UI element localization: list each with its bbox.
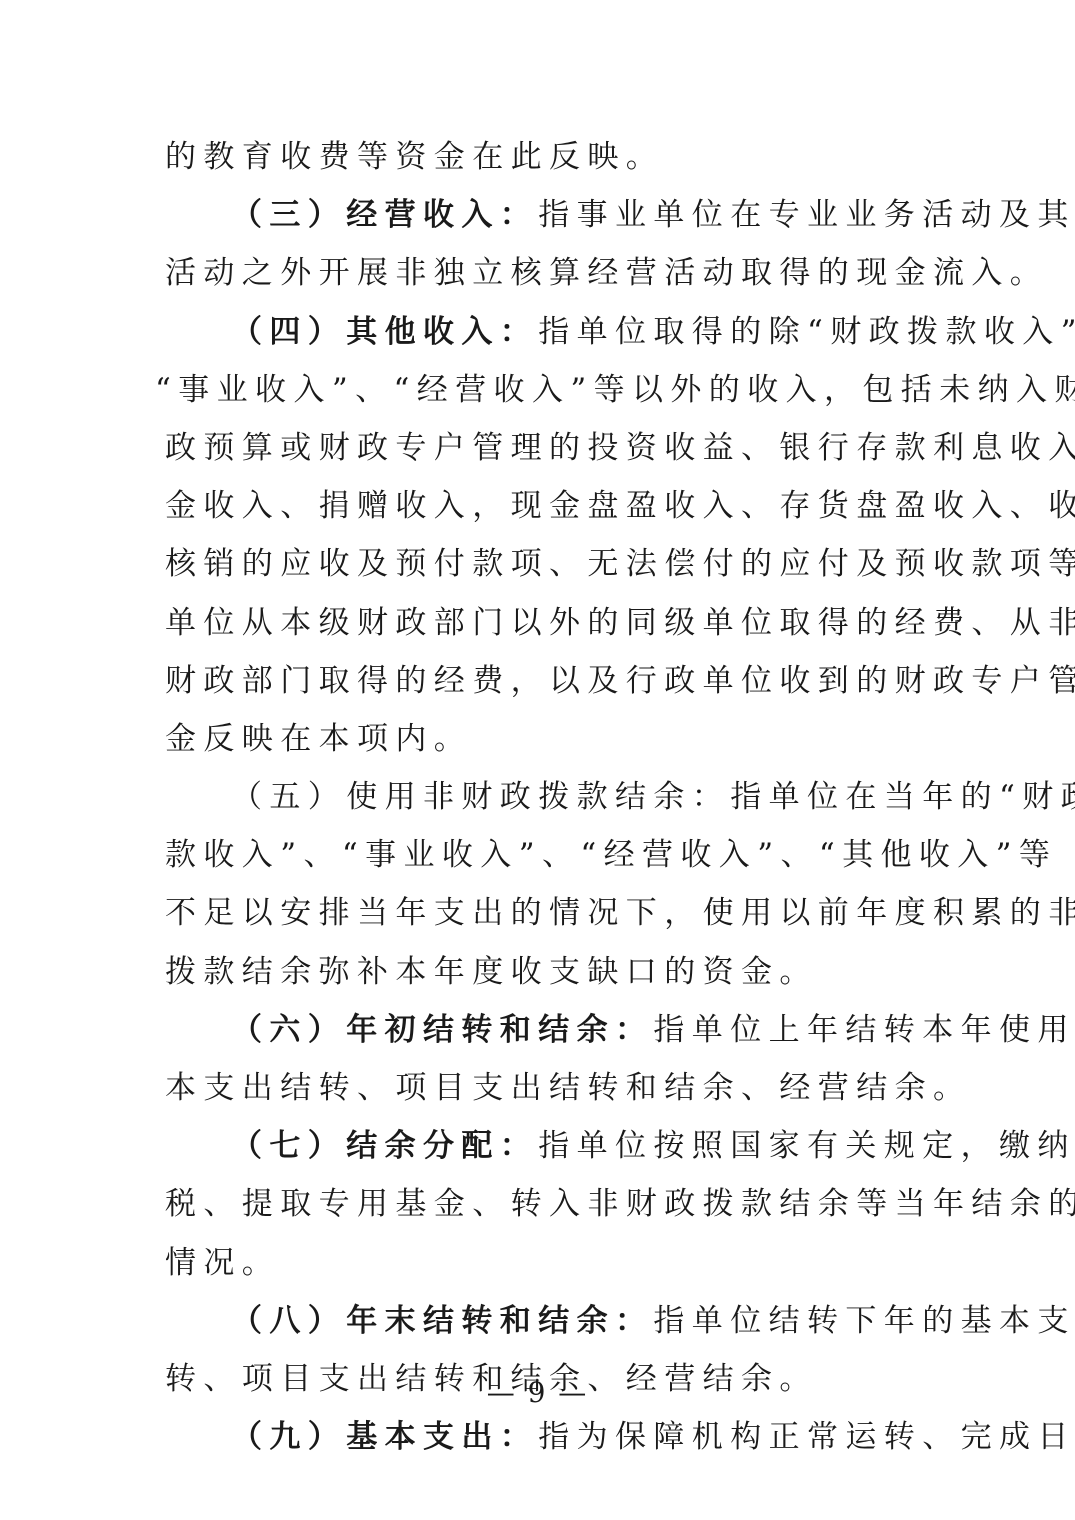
body-text-line: 情况。: [165, 1234, 925, 1292]
body-text: 本支出结转、项目支出结转和结余、经营结余。: [165, 1070, 971, 1106]
body-text-line: 拨款结余弥补本年度收支缺口的资金。: [165, 943, 925, 1001]
section-heading-line-business-income: （三）经营收入：指事业单位在专业业务活动及其辅助: [165, 186, 925, 244]
body-text: 指为保障机构正常运转、完成日常工: [538, 1419, 1075, 1455]
body-text: 指单位结转下年的基本支出结: [653, 1303, 1075, 1339]
body-text: 情况。: [165, 1245, 280, 1281]
section-heading: （七）结余分配：: [231, 1128, 538, 1164]
body-text-line: 金反映在本项内。: [165, 710, 925, 768]
body-text: 指事业单位在专业业务活动及其辅助: [538, 197, 1075, 233]
section-heading-line-other-income: （四）其他收入：指单位取得的除“财政拨款收入”、: [165, 303, 925, 361]
body-text-line: 单位从本级财政部门以外的同级单位取得的经费、从非本级: [165, 594, 925, 652]
section-heading-line-opening-carryover: （六）年初结转和结余：指单位上年结转本年使用的基: [165, 1001, 925, 1059]
body-text: 金收入、捐赠收入，现金盘盈收入、存货盘盈收入、收回已: [165, 488, 1075, 524]
body-text: 政预算或财政专户管理的投资收益、银行存款利息收入、租: [165, 430, 1075, 466]
section-heading-line-non-fiscal-balance: （五）使用非财政拨款结余：指单位在当年的“财政拨: [165, 768, 925, 826]
body-text: 指单位取得的除“财政拨款收入”、: [538, 314, 1075, 350]
body-text-line: “事业收入”、“经营收入”等以外的收入，包括未纳入财: [165, 361, 925, 419]
body-text-line: 的教育收费等资金在此反映。: [165, 128, 925, 186]
body-text-line: 金收入、捐赠收入，现金盘盈收入、存货盘盈收入、收回已: [165, 477, 925, 535]
body-text: 拨款结余弥补本年度收支缺口的资金。: [165, 954, 818, 990]
body-text: 核销的应收及预付款项、无法偿付的应付及预收款项等。各: [165, 546, 1075, 582]
section-heading: （四）其他收入：: [231, 314, 538, 350]
body-text-line: 不足以安排当年支出的情况下，使用以前年度积累的非财政: [165, 884, 925, 942]
body-text: 款收入”、“事业收入”、“经营收入”、“其他收入”等: [165, 837, 1057, 873]
body-text: 单位从本级财政部门以外的同级单位取得的经费、从非本级: [165, 605, 1075, 641]
document-page: 的教育收费等资金在此反映。 （三）经营收入：指事业单位在专业业务活动及其辅助 活…: [165, 128, 925, 1466]
section-heading: （五）使用非财政拨款结余：: [231, 779, 730, 815]
section-heading-line-basic-expenditure: （九）基本支出：指为保障机构正常运转、完成日常工: [165, 1408, 925, 1466]
section-heading: （八）年末结转和结余：: [231, 1303, 653, 1339]
body-text: 指单位按照国家有关规定，缴纳所得: [538, 1128, 1075, 1164]
body-text: 活动之外开展非独立核算经营活动取得的现金流入。: [165, 255, 1048, 291]
body-text-line: 款收入”、“事业收入”、“经营收入”、“其他收入”等: [165, 826, 925, 884]
body-text: 金反映在本项内。: [165, 721, 472, 757]
body-text-line: 财政部门取得的经费，以及行政单位收到的财政专户管理资: [165, 652, 925, 710]
body-text: 的教育收费等资金在此反映。: [165, 139, 664, 175]
section-heading: （九）基本支出：: [231, 1419, 538, 1455]
body-text: 指单位在当年的“财政拨: [730, 779, 1075, 815]
body-text-line: 本支出结转、项目支出结转和结余、经营结余。: [165, 1059, 925, 1117]
body-text: 税、提取专用基金、转入非财政拨款结余等当年结余的分配: [165, 1186, 1075, 1222]
body-text-line: 活动之外开展非独立核算经营活动取得的现金流入。: [165, 244, 925, 302]
body-text: 不足以安排当年支出的情况下，使用以前年度积累的非财政: [165, 895, 1075, 931]
body-text: “事业收入”、“经营收入”等以外的收入，包括未纳入财: [155, 361, 1075, 419]
section-heading: （三）经营收入：: [231, 197, 538, 233]
page-number: — 9 —: [0, 1376, 1075, 1409]
section-heading: （六）年初结转和结余：: [231, 1012, 653, 1048]
body-text-line: 核销的应收及预付款项、无法偿付的应付及预收款项等。各: [165, 535, 925, 593]
body-text: 指单位上年结转本年使用的基: [653, 1012, 1075, 1048]
body-text-line: 政预算或财政专户管理的投资收益、银行存款利息收入、租: [165, 419, 925, 477]
section-heading-line-balance-distribution: （七）结余分配：指单位按照国家有关规定，缴纳所得: [165, 1117, 925, 1175]
body-text: 财政部门取得的经费，以及行政单位收到的财政专户管理资: [165, 663, 1075, 699]
section-heading-line-closing-carryover: （八）年末结转和结余：指单位结转下年的基本支出结: [165, 1292, 925, 1350]
body-text-line: 税、提取专用基金、转入非财政拨款结余等当年结余的分配: [165, 1175, 925, 1233]
